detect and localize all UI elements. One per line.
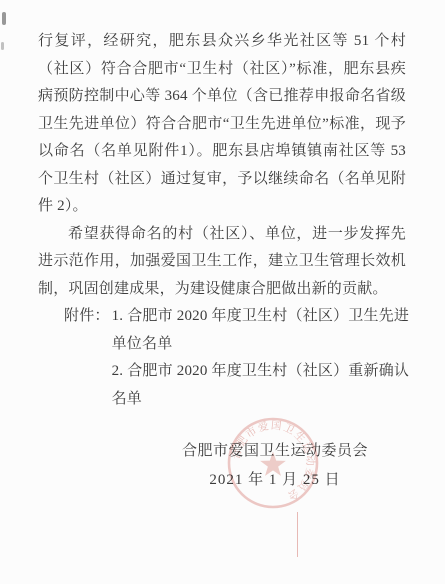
scan-speck xyxy=(1,42,4,50)
signature-block: 合肥市爱国卫生运动委员会 2021 年 1 月 25 日 xyxy=(172,437,378,494)
paragraph-continuation: 行复评，经研究，肥东县众兴乡华光社区等 51 个村（社区）符合合肥市“卫生村（社… xyxy=(38,28,406,221)
issuer-signature: 合肥市爱国卫生运动委员会 xyxy=(172,437,378,466)
seal-scan-artifact-line xyxy=(297,512,298,557)
attachment-item-2: 2. 合肥市 2020 年度卫生村（社区）重新确认名单 xyxy=(112,358,410,413)
attachments-label: 附件： xyxy=(64,303,110,413)
attachments-list: 1. 合肥市 2020 年度卫生村（社区）卫生先进单位名单 2. 合肥市 202… xyxy=(112,303,410,413)
attachment-item-1: 1. 合肥市 2020 年度卫生村（社区）卫生先进单位名单 xyxy=(112,303,410,358)
body-text: 行复评，经研究，肥东县众兴乡华光社区等 51 个村（社区）符合合肥市“卫生村（社… xyxy=(38,28,406,303)
document-page: 行复评，经研究，肥东县众兴乡华光社区等 51 个村（社区）符合合肥市“卫生村（社… xyxy=(0,0,445,584)
issue-date: 2021 年 1 月 25 日 xyxy=(172,466,378,495)
paragraph-hope: 希望获得命名的村（社区）、单位，进一步发挥先进示范作用，加强爱国卫生工作，建立卫… xyxy=(38,221,406,304)
scan-speck xyxy=(2,12,6,25)
attachments-block: 附件： 1. 合肥市 2020 年度卫生村（社区）卫生先进单位名单 2. 合肥市… xyxy=(64,303,410,413)
